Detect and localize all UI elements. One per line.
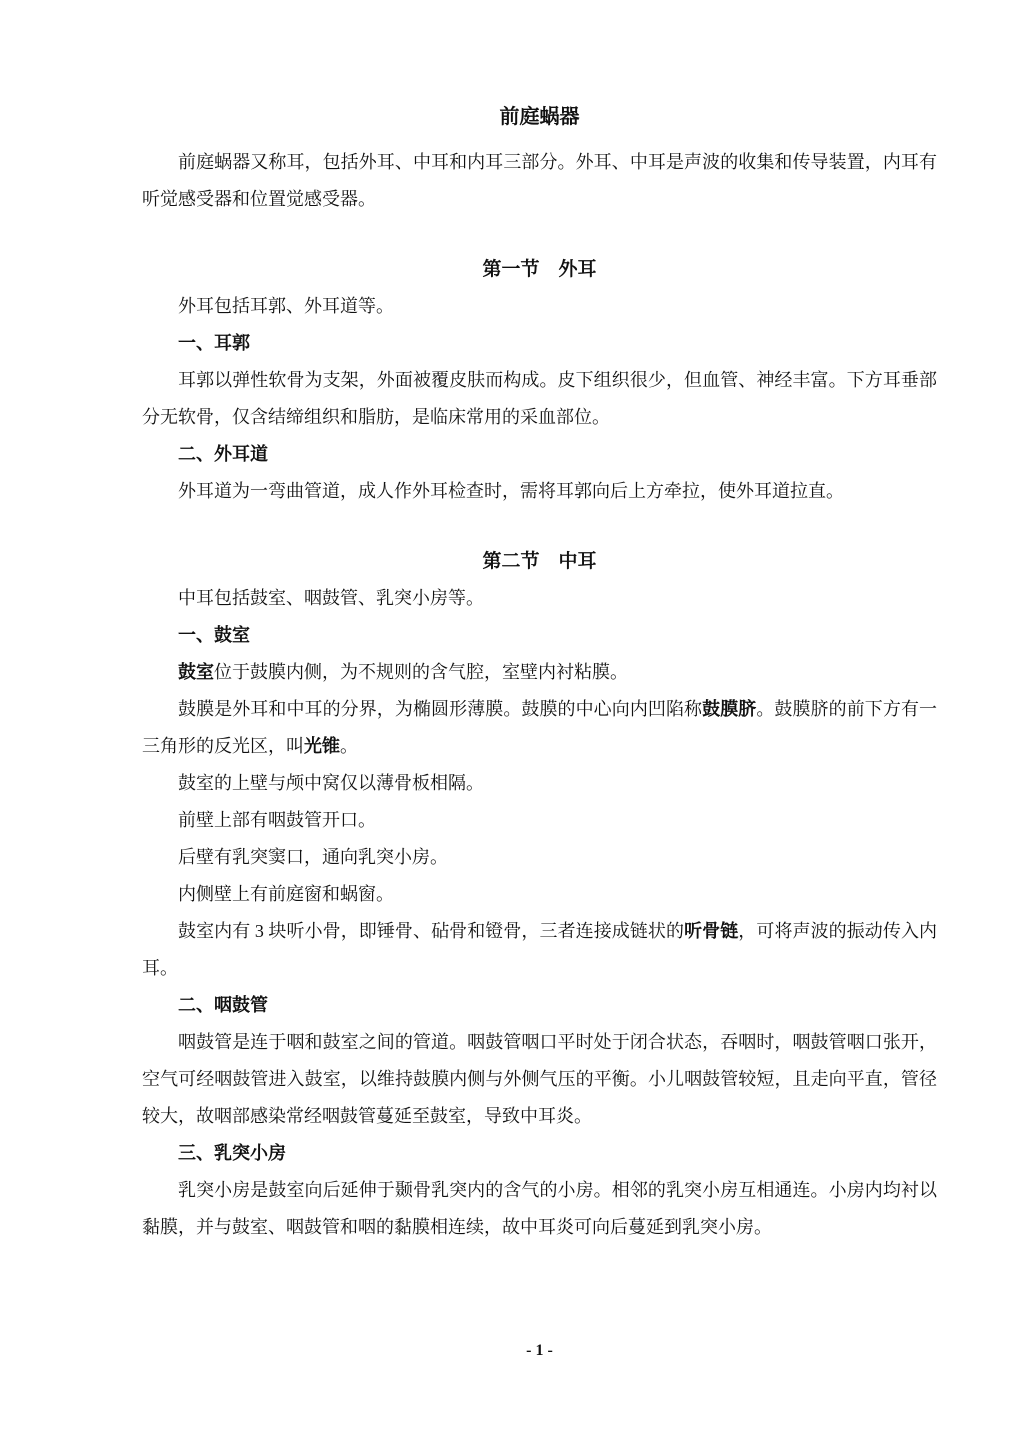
section-heading: 第二节 中耳 (142, 543, 937, 580)
paragraph: 外耳包括耳郭、外耳道等。 (142, 288, 937, 325)
text-run: 鼓室的上壁与颅中窝仅以薄骨板相隔。 (178, 773, 484, 793)
paragraph: 鼓室位于鼓膜内侧，为不规则的含气腔，室壁内衬粘膜。 (142, 654, 937, 691)
paragraph: 前庭蜗器又称耳，包括外耳、中耳和内耳三部分。外耳、中耳是声波的收集和传导装置，内… (142, 144, 937, 218)
text-run: 外耳道为一弯曲管道，成人作外耳检查时，需将耳郭向后上方牵拉，使外耳道拉直。 (178, 481, 844, 501)
document-body: 前庭蜗器前庭蜗器又称耳，包括外耳、中耳和内耳三部分。外耳、中耳是声波的收集和传导… (142, 99, 937, 1246)
bold-term: 听骨链 (684, 921, 738, 941)
sub-heading: 三、乳突小房 (142, 1135, 937, 1172)
bold-term: 鼓膜脐 (702, 699, 756, 719)
paragraph: 后壁有乳突窦口，通向乳突小房。 (142, 839, 937, 876)
bold-term: 光锥 (304, 736, 340, 756)
text-run: 位于鼓膜内侧，为不规则的含气腔，室壁内衬粘膜。 (214, 662, 628, 682)
text-run: 中耳包括鼓室、咽鼓管、乳突小房等。 (178, 588, 484, 608)
page-number: - 1 - (526, 1342, 553, 1359)
text-run: 耳郭以弹性软骨为支架，外面被覆皮肤而构成。皮下组织很少，但血管、神经丰富。下方耳… (142, 370, 937, 427)
page-footer: - 1 - (142, 1342, 937, 1360)
paragraph: 鼓室内有 3 块听小骨，即锤骨、砧骨和镫骨，三者连接成链状的听骨链，可将声波的振… (142, 913, 937, 987)
text-run: 鼓室内有 3 块听小骨，即锤骨、砧骨和镫骨，三者连接成链状的 (178, 921, 684, 941)
section-heading: 第一节 外耳 (142, 251, 937, 288)
text-run: 乳突小房是鼓室向后延伸于颞骨乳突内的含气的小房。相邻的乳突小房互相通连。小房内均… (142, 1180, 937, 1237)
text-run: 咽鼓管是连于咽和鼓室之间的管道。咽鼓管咽口平时处于闭合状态，吞咽时，咽鼓管咽口张… (142, 1032, 937, 1126)
paragraph: 中耳包括鼓室、咽鼓管、乳突小房等。 (142, 580, 937, 617)
sub-heading: 一、鼓室 (142, 617, 937, 654)
paragraph: 乳突小房是鼓室向后延伸于颞骨乳突内的含气的小房。相邻的乳突小房互相通连。小房内均… (142, 1172, 937, 1246)
blank-line (142, 510, 937, 543)
text-run: 。 (340, 736, 358, 756)
paragraph: 咽鼓管是连于咽和鼓室之间的管道。咽鼓管咽口平时处于闭合状态，吞咽时，咽鼓管咽口张… (142, 1024, 937, 1135)
paragraph: 前壁上部有咽鼓管开口。 (142, 802, 937, 839)
paragraph: 耳郭以弹性软骨为支架，外面被覆皮肤而构成。皮下组织很少，但血管、神经丰富。下方耳… (142, 362, 937, 436)
paragraph: 内侧壁上有前庭窗和蜗窗。 (142, 876, 937, 913)
paragraph: 外耳道为一弯曲管道，成人作外耳检查时，需将耳郭向后上方牵拉，使外耳道拉直。 (142, 473, 937, 510)
text-run: 外耳包括耳郭、外耳道等。 (178, 296, 394, 316)
document-page: 前庭蜗器前庭蜗器又称耳，包括外耳、中耳和内耳三部分。外耳、中耳是声波的收集和传导… (0, 0, 1023, 1447)
blank-line (142, 218, 937, 251)
text-run: 鼓膜是外耳和中耳的分界，为椭圆形薄膜。鼓膜的中心向内凹陷称 (178, 699, 702, 719)
bold-term: 鼓室 (178, 662, 214, 682)
text-run: 前壁上部有咽鼓管开口。 (178, 810, 376, 830)
text-run: 前庭蜗器又称耳，包括外耳、中耳和内耳三部分。外耳、中耳是声波的收集和传导装置，内… (142, 152, 937, 209)
sub-heading: 二、外耳道 (142, 436, 937, 473)
paragraph: 鼓膜是外耳和中耳的分界，为椭圆形薄膜。鼓膜的中心向内凹陷称鼓膜脐。鼓膜脐的前下方… (142, 691, 937, 765)
sub-heading: 二、咽鼓管 (142, 987, 937, 1024)
sub-heading: 一、耳郭 (142, 325, 937, 362)
text-run: 内侧壁上有前庭窗和蜗窗。 (178, 884, 394, 904)
doc-title: 前庭蜗器 (142, 99, 937, 136)
text-run: 后壁有乳突窦口，通向乳突小房。 (178, 847, 448, 867)
paragraph: 鼓室的上壁与颅中窝仅以薄骨板相隔。 (142, 765, 937, 802)
